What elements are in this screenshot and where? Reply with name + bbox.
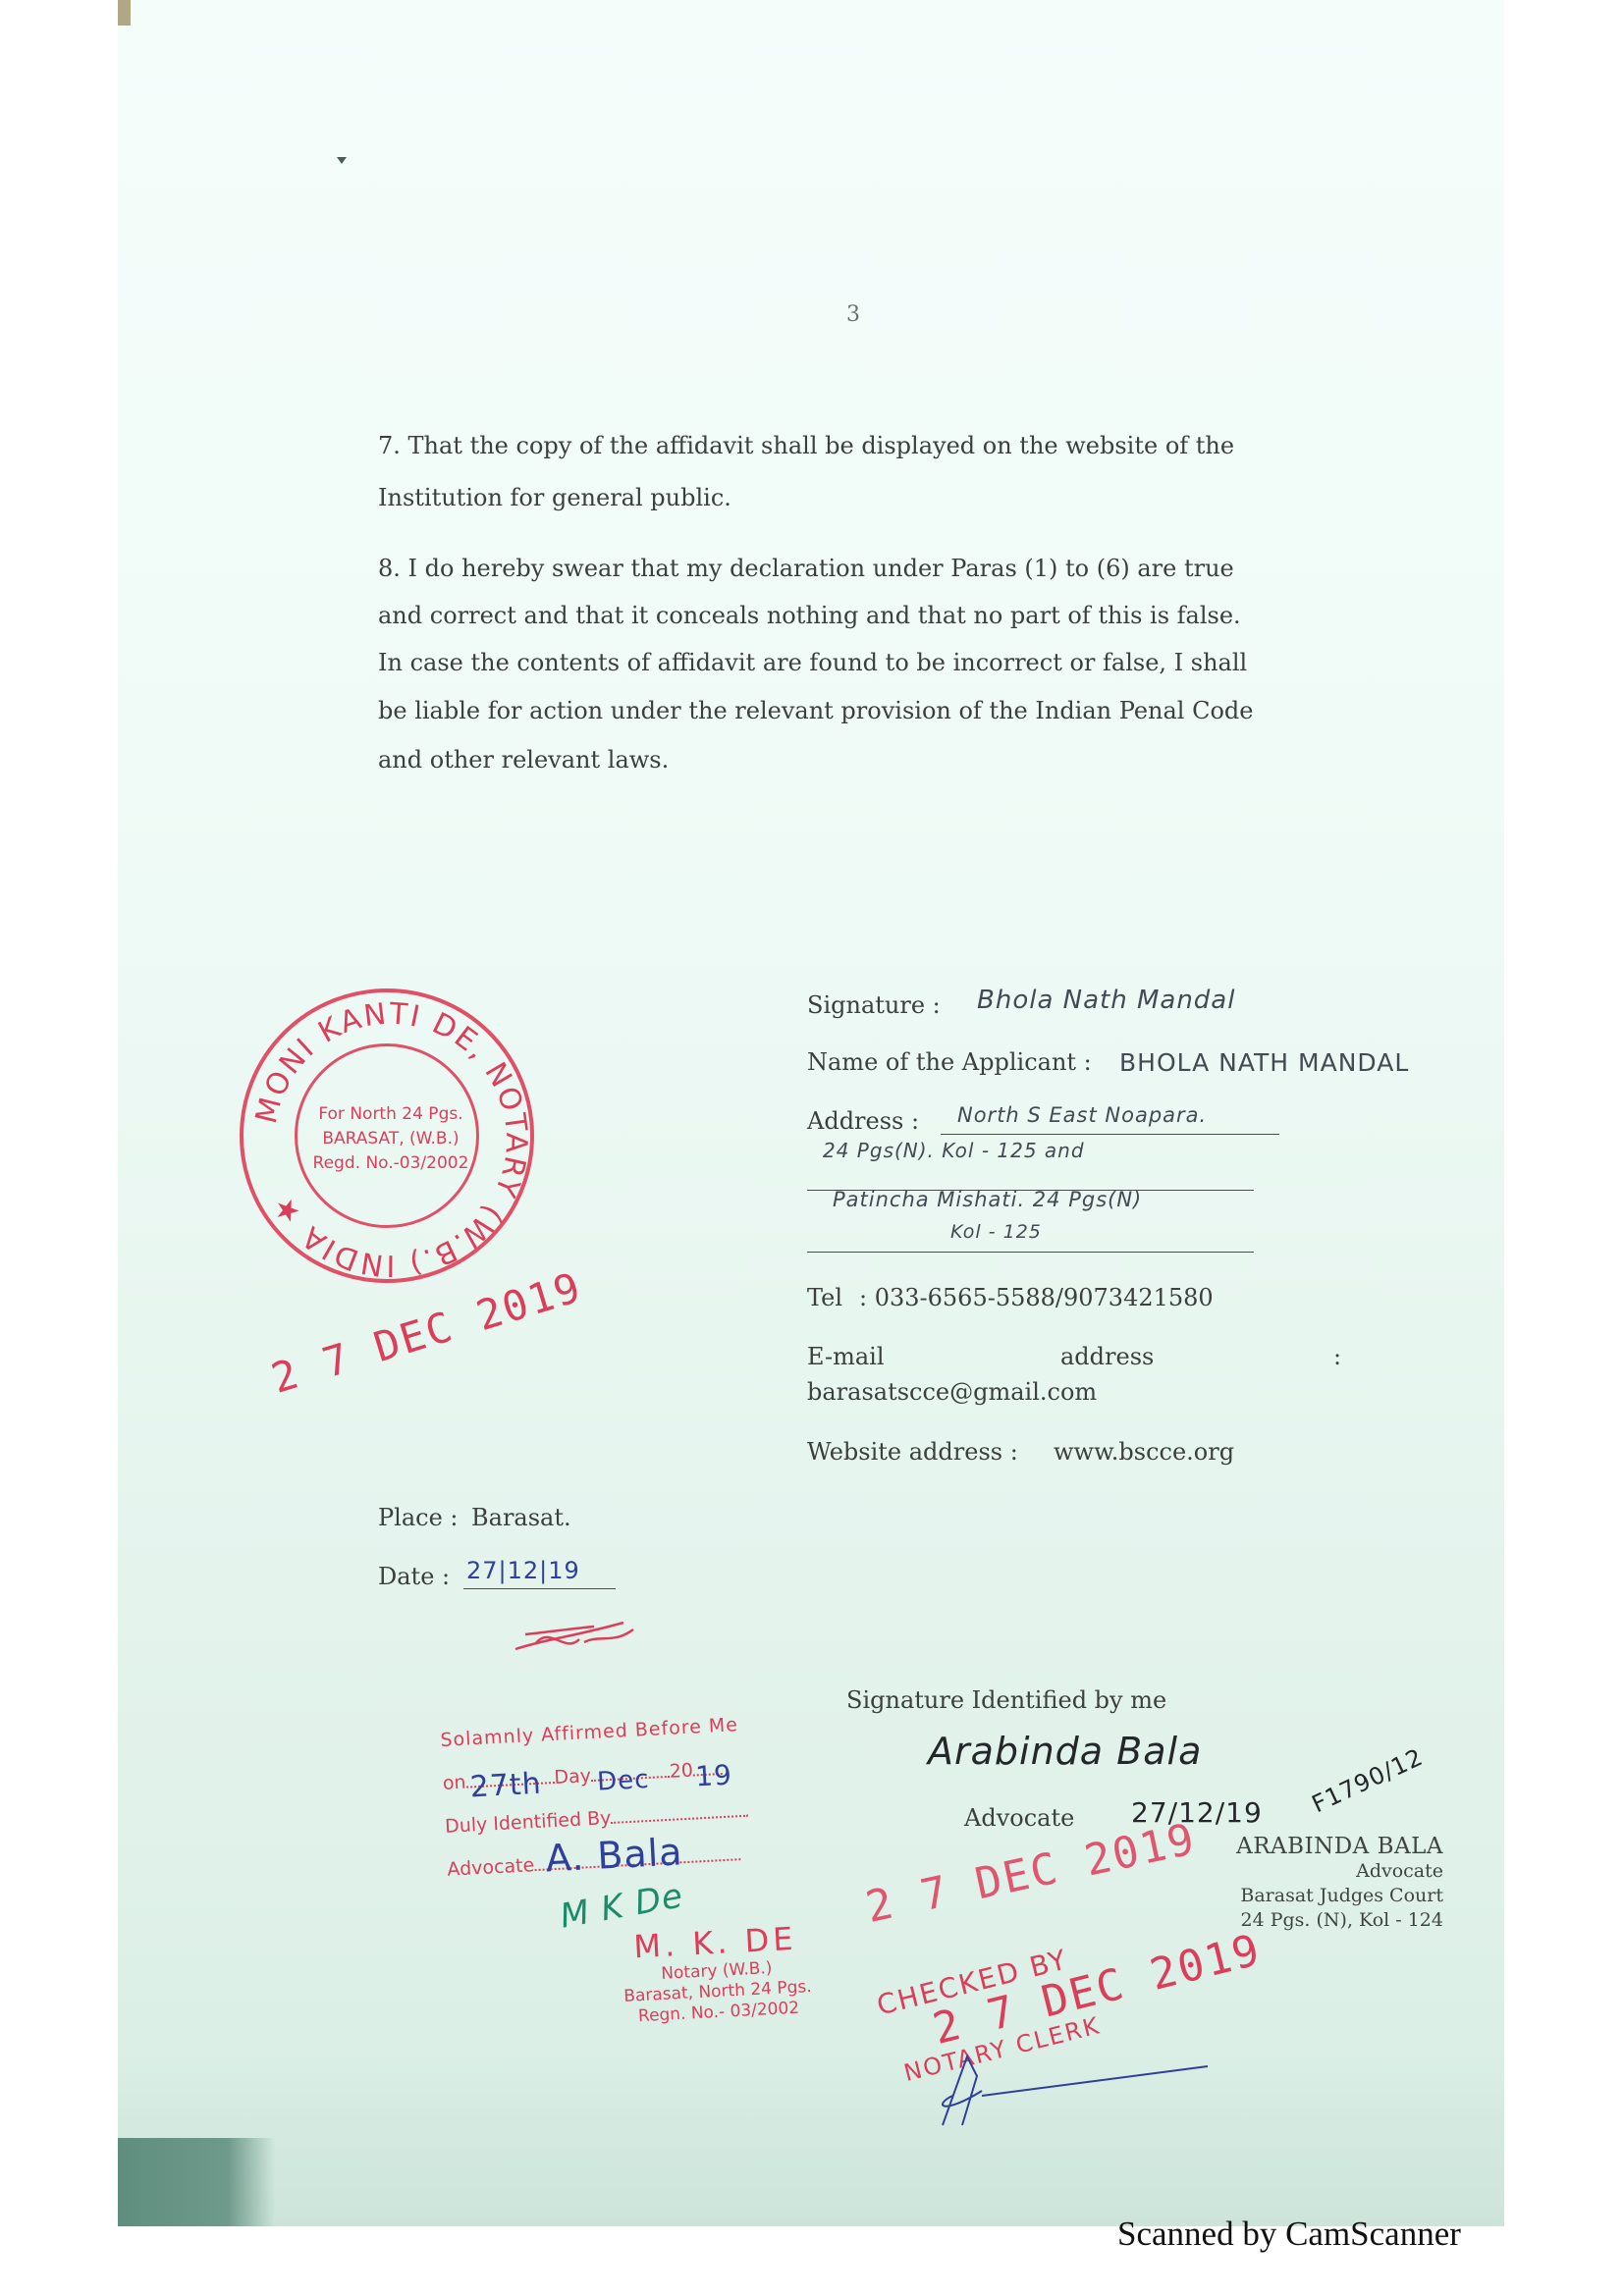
camscanner-watermark: Scanned by CamScanner <box>1117 2215 1461 2254</box>
email-colon: : <box>1333 1343 1341 1370</box>
email-label: E-mail <box>807 1343 885 1370</box>
address-line-1: North S East Noapara. <box>957 1103 1207 1127</box>
address-line-4: Kol - 125 <box>950 1221 1042 1243</box>
day-field: 27th <box>466 1782 555 1789</box>
identified-field <box>612 1815 749 1824</box>
notary-name-stamp: M. K. DE Notary (W.B.) Barasat, North 24… <box>587 1917 847 2029</box>
day-value: 27th <box>469 1767 543 1805</box>
address-underline-3 <box>807 1252 1254 1253</box>
year-prefix: 20 <box>669 1760 693 1783</box>
date-underline <box>463 1588 616 1589</box>
seal-center-line-1: For North 24 Pgs. <box>312 1102 469 1127</box>
paragraph-8-line-2: and correct and that it conceals nothing… <box>378 592 1350 639</box>
address-line-2: 24 Pgs(N). Kol - 125 and <box>823 1139 1085 1162</box>
email-value: barasatscce@gmail.com <box>807 1378 1097 1406</box>
address-underline-1 <box>941 1134 1279 1135</box>
paragraph-8-line-5: and other relevant laws. <box>378 736 1350 783</box>
advocate-label: Advocate <box>447 1854 535 1881</box>
notary-seal-center: For North 24 Pgs. BARASAT, (W.B.) Regd. … <box>312 1102 469 1176</box>
dust-speck <box>337 157 347 164</box>
advocate-value: A. Bala <box>545 1830 684 1880</box>
date-label: Date : <box>378 1563 450 1590</box>
paragraph-8-line-1: 8. I do hereby swear that my declaration… <box>378 545 1350 592</box>
advocate-stamp-name: ARABINDA BALA <box>1188 1834 1443 1859</box>
paper-shadow <box>118 2050 1504 2226</box>
year-value: 19 <box>694 1758 732 1792</box>
identified-heading: Signature Identified by me <box>846 1686 1166 1714</box>
month-value: Dec <box>596 1765 650 1797</box>
paragraph-7-line-2: Institution for general public. <box>378 474 1350 521</box>
seal-center-line-2: BARASAT, (W.B.) <box>312 1127 469 1151</box>
affirmation-stamp: Solamnly Affirmed Before Me on27thDayDec… <box>440 1710 822 1902</box>
website-value: www.bscce.org <box>1054 1438 1234 1466</box>
paragraph-7-line-1: 7. That the copy of the affidavit shall … <box>378 422 1350 469</box>
on-label: on <box>442 1772 466 1794</box>
email-label-2: address <box>1060 1343 1154 1370</box>
advocate-stamp-line-2: Barasat Judges Court <box>1188 1884 1443 1908</box>
page-number: 3 <box>846 302 860 327</box>
website-label: Website address : <box>807 1438 1018 1466</box>
tel-label: Tel <box>807 1284 842 1311</box>
year-field: 19 <box>693 1773 723 1777</box>
applicant-name-label: Name of the Applicant : <box>807 1048 1092 1076</box>
place-label: Place : <box>378 1504 459 1531</box>
applicant-name: BHOLA NATH MANDAL <box>1119 1048 1409 1077</box>
date-value: 27|12|19 <box>466 1557 580 1584</box>
paragraph-8-line-4: be liable for action under the relevant … <box>378 687 1350 734</box>
place-value: Barasat. <box>471 1504 571 1531</box>
advocate-field: A. Bala <box>534 1858 740 1871</box>
signature-label: Signature : <box>807 991 941 1019</box>
address-label: Address : <box>807 1107 919 1135</box>
month-field: Dec <box>591 1776 670 1782</box>
day-label: Day <box>554 1765 592 1789</box>
seal-center-line-3: Regd. No.-03/2002 <box>312 1151 469 1176</box>
corner-shadow <box>118 2138 275 2226</box>
tel-value: : 033-6565-5588/9073421580 <box>859 1284 1214 1311</box>
advocate-stamp: ARABINDA BALA Advocate Barasat Judges Co… <box>1188 1834 1443 1933</box>
address-line-3: Patincha Mishati. 24 Pgs(N) <box>833 1188 1142 1211</box>
advocate-signature: Arabinda Bala <box>928 1730 1202 1773</box>
advocate-stamp-line-3: 24 Pgs. (N), Kol - 124 <box>1188 1908 1443 1933</box>
advocate-stamp-line-1: Advocate <box>1188 1859 1443 1884</box>
paragraph-8-line-3: In case the contents of affidavit are fo… <box>378 639 1350 686</box>
clerk-initials-scribble <box>923 2047 1217 2135</box>
advocate-label-right: Advocate <box>964 1804 1074 1832</box>
applicant-signature: Bhola Nath Mandal <box>977 986 1235 1015</box>
notary-initials-scribble <box>506 1615 643 1664</box>
notary-seal: MONI KANTI DE, NOTARY (W.B.) INDIA ★ For… <box>240 988 534 1283</box>
identification-date: 27/12/19 <box>1131 1796 1263 1829</box>
